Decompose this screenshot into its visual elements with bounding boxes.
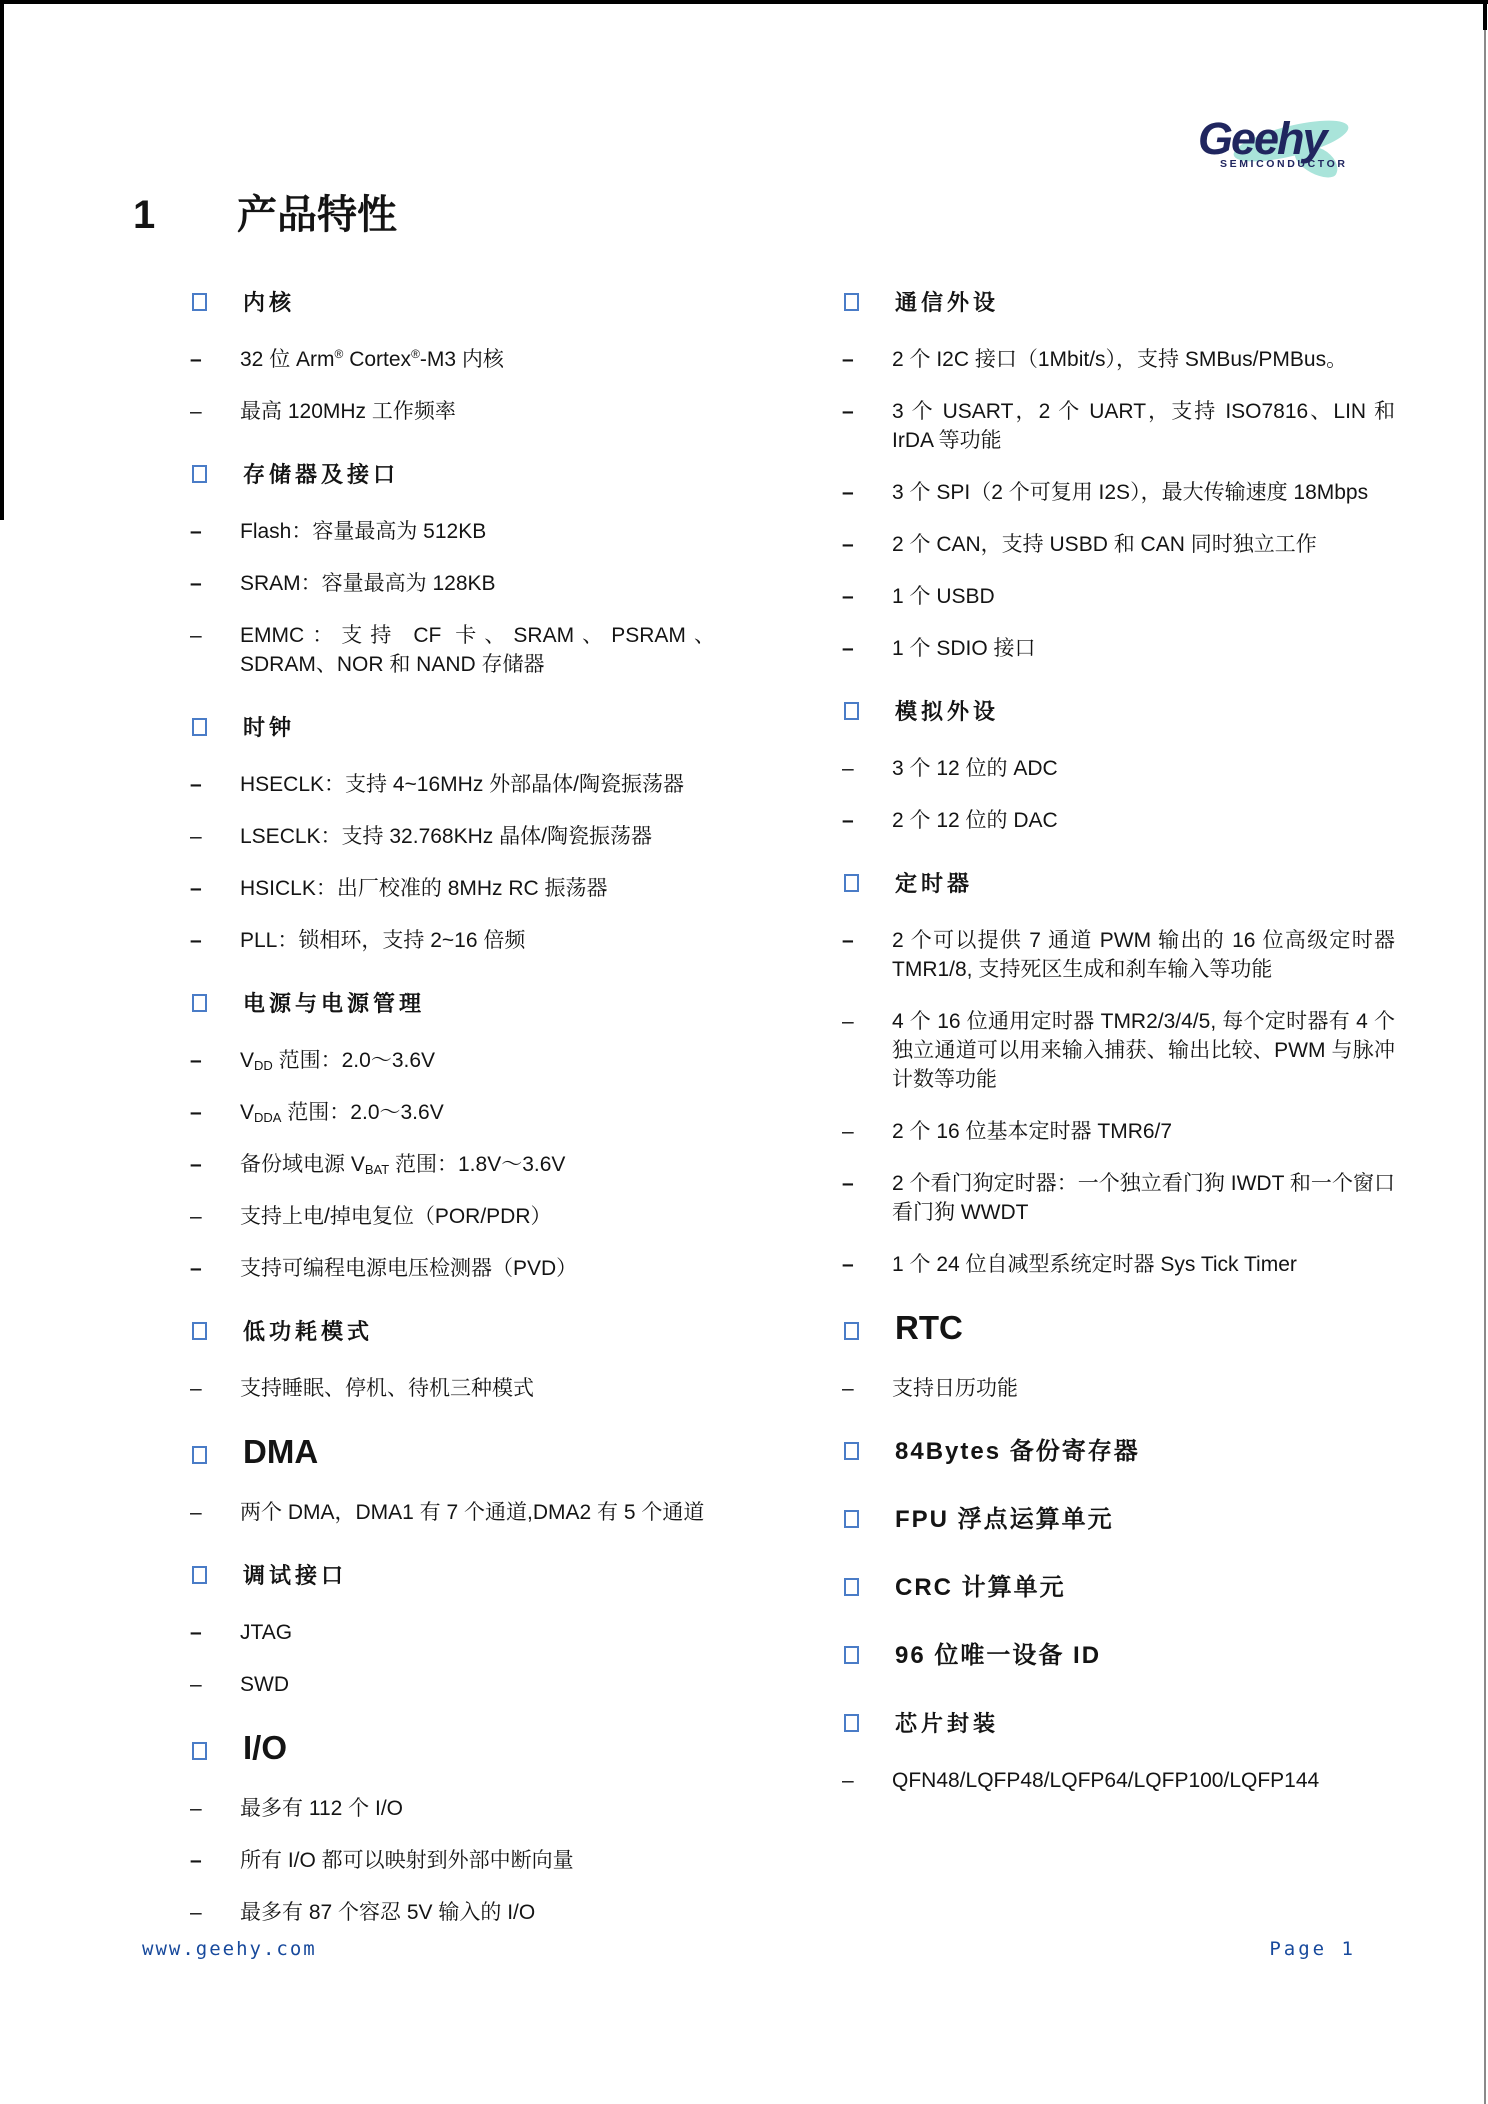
section-header-left-4: 低功耗模式 — [190, 1316, 715, 1351]
feature-item: –1 个 24 位自减型系统定时器 Sys Tick Timer — [842, 1250, 1395, 1279]
feature-item: –4 个 16 位通用定时器 TMR2/3/4/5, 每个定时器有 4 个独立通… — [842, 1007, 1395, 1094]
dash-bullet-icon: – — [190, 874, 202, 903]
text-segment: 最多有 87 个容忍 5V 输入的 I/O — [240, 1901, 535, 1924]
feature-item: –Flash：容量最高为 512KB — [190, 517, 715, 546]
text-segment: 2 个 12 位的 DAC — [892, 809, 1058, 832]
feature-item: –EMMC：支持 CF 卡、SRAM、PSRAM、SDRAM、NOR 和 NAN… — [190, 621, 715, 679]
feature-item-text: JTAG — [240, 1618, 715, 1647]
section-title: 电源与电源管理 — [243, 991, 425, 1016]
feature-item-text: 支持睡眠、停机、待机三种模式 — [240, 1374, 715, 1403]
section-bullet-square-icon — [192, 1446, 207, 1464]
section-header-left-7: I/O — [190, 1732, 715, 1771]
dash-bullet-icon: – — [190, 1846, 202, 1875]
section-bullet-square-icon — [192, 1322, 207, 1340]
text-segment: 范围：1.8V～3.6V — [389, 1153, 565, 1176]
feature-item-text: 支持可编程电源电压检测器（PVD） — [240, 1254, 715, 1283]
text-segment: 支持上电/掉电复位（POR/PDR） — [240, 1205, 552, 1228]
feature-item: –LSECLK：支持 32.768KHz 晶体/陶瓷振荡器 — [190, 822, 715, 851]
section-bullet-square-icon — [192, 1742, 207, 1760]
section-bullet-square-icon — [192, 994, 207, 1012]
feature-item: –2 个看门狗定时器：一个独立看门狗 IWDT 和一个窗口看门狗 WWDT — [842, 1169, 1395, 1227]
dash-bullet-icon: – — [842, 754, 854, 783]
section-header-left-2: 时钟 — [190, 712, 715, 747]
section-bullet-square-icon — [844, 1578, 859, 1596]
section-bullet-square-icon — [844, 874, 859, 892]
section-title: 96 位唯一设备 ID — [895, 1642, 1101, 1669]
dash-bullet-icon: – — [842, 806, 854, 835]
text-segment: Flash：容量最高为 512KB — [240, 520, 486, 543]
feature-item: –2 个 16 位基本定时器 TMR6/7 — [842, 1117, 1395, 1146]
logo-brand-text: Geehy — [1198, 116, 1368, 161]
feature-item: –支持日历功能 — [842, 1374, 1395, 1403]
page-border-top — [0, 0, 1488, 4]
section-bullet-square-icon — [192, 293, 207, 311]
feature-item: –最多有 112 个 I/O — [190, 1794, 715, 1823]
section-bullet-square-icon — [844, 1646, 859, 1664]
feature-item-text: Flash：容量最高为 512KB — [240, 517, 715, 546]
section-header-right-1: 模拟外设 — [842, 696, 1395, 731]
datasheet-page: { "page": { "heading": { "number": "1", … — [0, 0, 1488, 2104]
dash-bullet-icon: – — [190, 1150, 202, 1179]
dash-bullet-icon: – — [842, 1169, 854, 1198]
section-title: CRC 计算单元 — [895, 1574, 1066, 1601]
feature-item: –最高 120MHz 工作频率 — [190, 397, 715, 426]
section-title: 84Bytes 备份寄存器 — [895, 1438, 1140, 1465]
text-segment: -M3 内核 — [420, 348, 504, 371]
section-title: 存储器及接口 — [243, 462, 399, 487]
section-header-right-6: CRC 计算单元 — [842, 1572, 1395, 1607]
text-segment: HSECLK：支持 4~16MHz 外部晶体/陶瓷振荡器 — [240, 773, 684, 796]
feature-item-text: EMMC：支持 CF 卡、SRAM、PSRAM、SDRAM、NOR 和 NAND… — [240, 621, 715, 679]
feature-item: –SWD — [190, 1670, 715, 1699]
dash-bullet-icon: – — [190, 822, 202, 851]
dash-bullet-icon: – — [190, 1498, 202, 1527]
feature-item-text: 1 个 24 位自减型系统定时器 Sys Tick Timer — [892, 1250, 1395, 1279]
feature-item: –HSICLK：出厂校准的 8MHz RC 振荡器 — [190, 874, 715, 903]
feature-item-text: LSECLK：支持 32.768KHz 晶体/陶瓷振荡器 — [240, 822, 715, 851]
feature-item-text: VDD 范围：2.0～3.6V — [240, 1046, 715, 1075]
text-segment: 2 个看门狗定时器：一个独立看门狗 IWDT 和一个窗口看门狗 WWDT — [892, 1172, 1395, 1224]
dash-bullet-icon: – — [842, 478, 854, 507]
feature-item: –VDD 范围：2.0～3.6V — [190, 1046, 715, 1075]
dash-bullet-icon: – — [190, 345, 202, 374]
section-header-left-3: 电源与电源管理 — [190, 988, 715, 1023]
feature-item-text: PLL：锁相环，支持 2~16 倍频 — [240, 926, 715, 955]
text-segment: 1 个 24 位自减型系统定时器 Sys Tick Timer — [892, 1253, 1297, 1276]
text-segment: 3 个 USART，2 个 UART，支持 ISO7816、LIN 和 IrDA… — [892, 400, 1395, 452]
feature-item-text: 4 个 16 位通用定时器 TMR2/3/4/5, 每个定时器有 4 个独立通道… — [892, 1007, 1395, 1094]
text-segment: BAT — [365, 1162, 389, 1177]
feature-item: –3 个 USART，2 个 UART，支持 ISO7816、LIN 和 IrD… — [842, 397, 1395, 455]
section-header-right-8: 芯片封装 — [842, 1708, 1395, 1743]
feature-item-text: 所有 I/O 都可以映射到外部中断向量 — [240, 1846, 715, 1875]
feature-item-text: HSECLK：支持 4~16MHz 外部晶体/陶瓷振荡器 — [240, 770, 715, 799]
feature-item-text: SRAM：容量最高为 128KB — [240, 569, 715, 598]
text-segment: 2 个 CAN，支持 USBD 和 CAN 同时独立工作 — [892, 533, 1317, 556]
text-segment: 支持日历功能 — [892, 1377, 1018, 1400]
section-bullet-square-icon — [844, 1322, 859, 1340]
feature-item: –JTAG — [190, 1618, 715, 1647]
feature-item: –1 个 USBD — [842, 582, 1395, 611]
dash-bullet-icon: – — [190, 1898, 202, 1927]
feature-item-text: 2 个 16 位基本定时器 TMR6/7 — [892, 1117, 1395, 1146]
feature-item-text: 支持上电/掉电复位（POR/PDR） — [240, 1202, 715, 1231]
feature-item-text: HSICLK：出厂校准的 8MHz RC 振荡器 — [240, 874, 715, 903]
section-title: 通信外设 — [895, 290, 999, 315]
text-segment: V — [240, 1101, 254, 1124]
dash-bullet-icon: – — [842, 582, 854, 611]
text-segment: 4 个 16 位通用定时器 TMR2/3/4/5, 每个定时器有 4 个独立通道… — [892, 1010, 1395, 1091]
section-title: I/O — [243, 1729, 287, 1766]
feature-item: –备份域电源 VBAT 范围：1.8V～3.6V — [190, 1150, 715, 1179]
text-segment: 2 个 I2C 接口（1Mbit/s），支持 SMBus/PMBus。 — [892, 348, 1347, 371]
feature-item-text: 2 个 I2C 接口（1Mbit/s），支持 SMBus/PMBus。 — [892, 345, 1395, 374]
feature-item-text: 1 个 SDIO 接口 — [892, 634, 1395, 663]
section-bullet-square-icon — [844, 293, 859, 311]
feature-item: –HSECLK：支持 4~16MHz 外部晶体/陶瓷振荡器 — [190, 770, 715, 799]
column-right: 通信外设–2 个 I2C 接口（1Mbit/s），支持 SMBus/PMBus。… — [842, 287, 1395, 1818]
feature-item-text: 3 个 USART，2 个 UART，支持 ISO7816、LIN 和 IrDA… — [892, 397, 1395, 455]
section-header-right-7: 96 位唯一设备 ID — [842, 1640, 1395, 1675]
feature-item: –SRAM：容量最高为 128KB — [190, 569, 715, 598]
text-segment: 支持可编程电源电压检测器（PVD） — [240, 1257, 577, 1280]
footer-page-number: Page 1 — [1269, 1938, 1356, 1960]
feature-item: –支持睡眠、停机、待机三种模式 — [190, 1374, 715, 1403]
feature-item-text: 3 个 12 位的 ADC — [892, 754, 1395, 783]
text-segment: 支持睡眠、停机、待机三种模式 — [240, 1377, 534, 1400]
feature-item-text: 最多有 87 个容忍 5V 输入的 I/O — [240, 1898, 715, 1927]
section-bullet-square-icon — [192, 465, 207, 483]
feature-item: –3 个 12 位的 ADC — [842, 754, 1395, 783]
feature-item-text: VDDA 范围：2.0～3.6V — [240, 1098, 715, 1127]
dash-bullet-icon: – — [842, 530, 854, 559]
feature-item: –2 个可以提供 7 通道 PWM 输出的 16 位高级定时器 TMR1/8, … — [842, 926, 1395, 984]
dash-bullet-icon: – — [190, 517, 202, 546]
feature-item-text: 2 个 12 位的 DAC — [892, 806, 1395, 835]
section-title: 调试接口 — [243, 1563, 347, 1588]
feature-item: –支持上电/掉电复位（POR/PDR） — [190, 1202, 715, 1231]
feature-item: –QFN48/LQFP48/LQFP64/LQFP100/LQFP144 — [842, 1766, 1395, 1795]
dash-bullet-icon: – — [190, 770, 202, 799]
section-title: 内核 — [243, 290, 295, 315]
text-segment: JTAG — [240, 1621, 292, 1644]
feature-item: –2 个 CAN，支持 USBD 和 CAN 同时独立工作 — [842, 530, 1395, 559]
section-header-right-5: FPU 浮点运算单元 — [842, 1504, 1395, 1539]
text-segment: ® — [411, 347, 420, 361]
page-border-left — [0, 0, 4, 520]
feature-item-text: 备份域电源 VBAT 范围：1.8V～3.6V — [240, 1150, 715, 1179]
section-title: 低功耗模式 — [243, 1319, 373, 1344]
feature-item-text: 3 个 SPI（2 个可复用 I2S），最大传输速度 18Mbps — [892, 478, 1395, 507]
feature-item: –3 个 SPI（2 个可复用 I2S），最大传输速度 18Mbps — [842, 478, 1395, 507]
dash-bullet-icon: – — [842, 1250, 854, 1279]
section-title: 时钟 — [243, 715, 295, 740]
footer-website-link[interactable]: www.geehy.com — [142, 1938, 317, 1960]
page-border-right-top — [1483, 0, 1487, 30]
section-header-right-3: RTC — [842, 1312, 1395, 1351]
text-segment: 1 个 SDIO 接口 — [892, 637, 1036, 660]
dash-bullet-icon: – — [190, 1254, 202, 1283]
dash-bullet-icon: – — [842, 1007, 854, 1036]
section-bullet-square-icon — [192, 1566, 207, 1584]
dash-bullet-icon: – — [842, 634, 854, 663]
text-segment: DDA — [254, 1110, 281, 1125]
text-segment: PLL：锁相环，支持 2~16 倍频 — [240, 929, 525, 952]
text-segment: 32 位 Arm — [240, 348, 335, 371]
dash-bullet-icon: – — [190, 621, 202, 650]
text-segment: HSICLK：出厂校准的 8MHz RC 振荡器 — [240, 877, 608, 900]
dash-bullet-icon: – — [842, 1766, 854, 1795]
section-heading: 1 产品特性 — [0, 193, 1488, 241]
dash-bullet-icon: – — [190, 1670, 202, 1699]
section-header-right-4: 84Bytes 备份寄存器 — [842, 1436, 1395, 1471]
text-segment: Cortex — [343, 348, 411, 371]
feature-item-text: 两个 DMA，DMA1 有 7 个通道,DMA2 有 5 个通道 — [240, 1498, 715, 1527]
feature-item: –VDDA 范围：2.0～3.6V — [190, 1098, 715, 1127]
text-segment: 最高 120MHz 工作频率 — [240, 400, 456, 423]
section-title: RTC — [895, 1309, 963, 1346]
feature-item: –2 个 12 位的 DAC — [842, 806, 1395, 835]
text-segment: 1 个 USBD — [892, 585, 995, 608]
text-segment: EMMC：支持 CF 卡、SRAM、PSRAM、SDRAM、NOR 和 NAND… — [240, 624, 715, 676]
dash-bullet-icon: – — [190, 569, 202, 598]
dash-bullet-icon: – — [190, 1618, 202, 1647]
feature-item: –所有 I/O 都可以映射到外部中断向量 — [190, 1846, 715, 1875]
feature-item: –1 个 SDIO 接口 — [842, 634, 1395, 663]
dash-bullet-icon: – — [842, 1374, 854, 1403]
text-segment: 两个 DMA，DMA1 有 7 个通道,DMA2 有 5 个通道 — [240, 1501, 704, 1524]
feature-item: –最多有 87 个容忍 5V 输入的 I/O — [190, 1898, 715, 1927]
dash-bullet-icon: – — [190, 926, 202, 955]
section-header-right-0: 通信外设 — [842, 287, 1395, 322]
feature-item-text: 最多有 112 个 I/O — [240, 1794, 715, 1823]
section-title: 芯片封装 — [895, 1711, 999, 1736]
feature-item-text: 最高 120MHz 工作频率 — [240, 397, 715, 426]
dash-bullet-icon: – — [842, 926, 854, 955]
dash-bullet-icon: – — [842, 397, 854, 426]
dash-bullet-icon: – — [842, 1117, 854, 1146]
dash-bullet-icon: – — [190, 1202, 202, 1231]
dash-bullet-icon: – — [190, 1046, 202, 1075]
section-title: 定时器 — [895, 871, 973, 896]
section-header-left-0: 内核 — [190, 287, 715, 322]
section-header-left-1: 存储器及接口 — [190, 459, 715, 494]
section-title: DMA — [243, 1433, 318, 1470]
text-segment: QFN48/LQFP48/LQFP64/LQFP100/LQFP144 — [892, 1769, 1319, 1792]
feature-item: –支持可编程电源电压检测器（PVD） — [190, 1254, 715, 1283]
section-header-left-5: DMA — [190, 1436, 715, 1475]
text-segment: 范围：2.0～3.6V — [273, 1049, 435, 1072]
text-segment: SWD — [240, 1673, 289, 1696]
page-title: 产品特性 — [237, 193, 397, 237]
text-segment: 3 个 SPI（2 个可复用 I2S），最大传输速度 18Mbps — [892, 481, 1368, 504]
section-bullet-square-icon — [844, 702, 859, 720]
logo-tagline: SEMICONDUCTOR — [1220, 158, 1368, 170]
feature-item-text: 2 个看门狗定时器：一个独立看门狗 IWDT 和一个窗口看门狗 WWDT — [892, 1169, 1395, 1227]
column-left: 内核–32 位 Arm® Cortex®-M3 内核–最高 120MHz 工作频… — [190, 287, 715, 1950]
feature-item: –2 个 I2C 接口（1Mbit/s），支持 SMBus/PMBus。 — [842, 345, 1395, 374]
text-segment: 2 个可以提供 7 通道 PWM 输出的 16 位高级定时器 TMR1/8, 支… — [892, 929, 1395, 981]
section-bullet-square-icon — [844, 1714, 859, 1732]
text-segment: 最多有 112 个 I/O — [240, 1797, 403, 1820]
dash-bullet-icon: – — [190, 1374, 202, 1403]
feature-item: –32 位 Arm® Cortex®-M3 内核 — [190, 345, 715, 374]
section-bullet-square-icon — [192, 718, 207, 736]
text-segment: 备份域电源 V — [240, 1153, 365, 1176]
feature-item-text: 2 个 CAN，支持 USBD 和 CAN 同时独立工作 — [892, 530, 1395, 559]
section-title: FPU 浮点运算单元 — [895, 1506, 1114, 1533]
text-segment: 2 个 16 位基本定时器 TMR6/7 — [892, 1120, 1172, 1143]
section-bullet-square-icon — [844, 1510, 859, 1528]
dash-bullet-icon: – — [190, 1794, 202, 1823]
heading-number: 1 — [133, 193, 155, 237]
text-segment: 范围：2.0～3.6V — [281, 1101, 443, 1124]
text-segment: 所有 I/O 都可以映射到外部中断向量 — [240, 1849, 574, 1872]
feature-item-text: SWD — [240, 1670, 715, 1699]
page-border-right — [1484, 0, 1486, 2104]
dash-bullet-icon: – — [190, 397, 202, 426]
text-segment: DD — [254, 1058, 273, 1073]
section-title: 模拟外设 — [895, 699, 999, 724]
section-header-right-2: 定时器 — [842, 868, 1395, 903]
feature-item-text: 32 位 Arm® Cortex®-M3 内核 — [240, 345, 715, 374]
feature-item-text: 支持日历功能 — [892, 1374, 1395, 1403]
dash-bullet-icon: – — [190, 1098, 202, 1127]
dash-bullet-icon: – — [842, 345, 854, 374]
feature-item-text: 2 个可以提供 7 通道 PWM 输出的 16 位高级定时器 TMR1/8, 支… — [892, 926, 1395, 984]
section-bullet-square-icon — [844, 1442, 859, 1460]
text-segment: LSECLK：支持 32.768KHz 晶体/陶瓷振荡器 — [240, 825, 652, 848]
feature-item: –PLL：锁相环，支持 2~16 倍频 — [190, 926, 715, 955]
section-header-left-6: 调试接口 — [190, 1560, 715, 1595]
text-segment: V — [240, 1049, 254, 1072]
text-segment: 3 个 12 位的 ADC — [892, 757, 1058, 780]
feature-item-text: QFN48/LQFP48/LQFP64/LQFP100/LQFP144 — [892, 1766, 1395, 1795]
feature-item-text: 1 个 USBD — [892, 582, 1395, 611]
text-segment: SRAM：容量最高为 128KB — [240, 572, 496, 595]
geehy-logo: Geehy SEMICONDUCTOR — [1198, 116, 1368, 186]
feature-item: –两个 DMA，DMA1 有 7 个通道,DMA2 有 5 个通道 — [190, 1498, 715, 1527]
